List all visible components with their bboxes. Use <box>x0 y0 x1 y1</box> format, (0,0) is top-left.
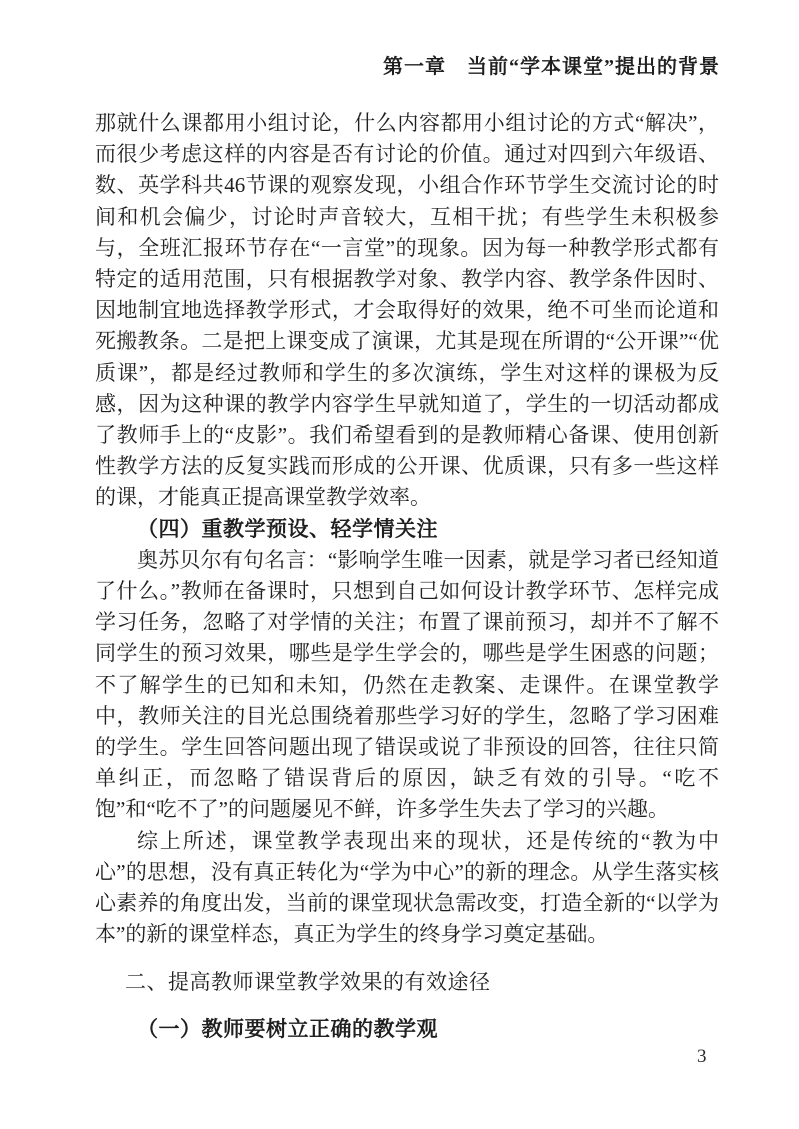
section-heading-two: 二、提高教师课堂教学效果的有效途径 <box>95 967 719 998</box>
paragraph-continuation: 那就什么课都用小组讨论，什么内容都用小组讨论的方式“解决”，而很少考虑这样的内容… <box>95 108 719 514</box>
subsection-heading-one: （一）教师要树立正确的教学观 <box>95 1014 719 1045</box>
running-header: 第一章 当前“学本课堂”提出的背景 <box>383 50 720 79</box>
subsection-heading-four: （四）重教学预设、轻学情关注 <box>95 514 719 545</box>
book-page: 第一章 当前“学本课堂”提出的背景 那就什么课都用小组讨论，什么内容都用小组讨论… <box>0 0 799 1129</box>
paragraph-summary: 综上所述，课堂教学表现出来的现状，还是传统的“教为中心”的思想，没有真正转化为“… <box>95 826 719 951</box>
page-number: 3 <box>697 1046 707 1068</box>
paragraph-ausubel: 奥苏贝尔有句名言：“影响学生唯一因素，就是学习者已经知道了什么。”教师在备课时，… <box>95 545 719 826</box>
page-body: 那就什么课都用小组讨论，什么内容都用小组讨论的方式“解决”，而很少考虑这样的内容… <box>95 108 719 1045</box>
